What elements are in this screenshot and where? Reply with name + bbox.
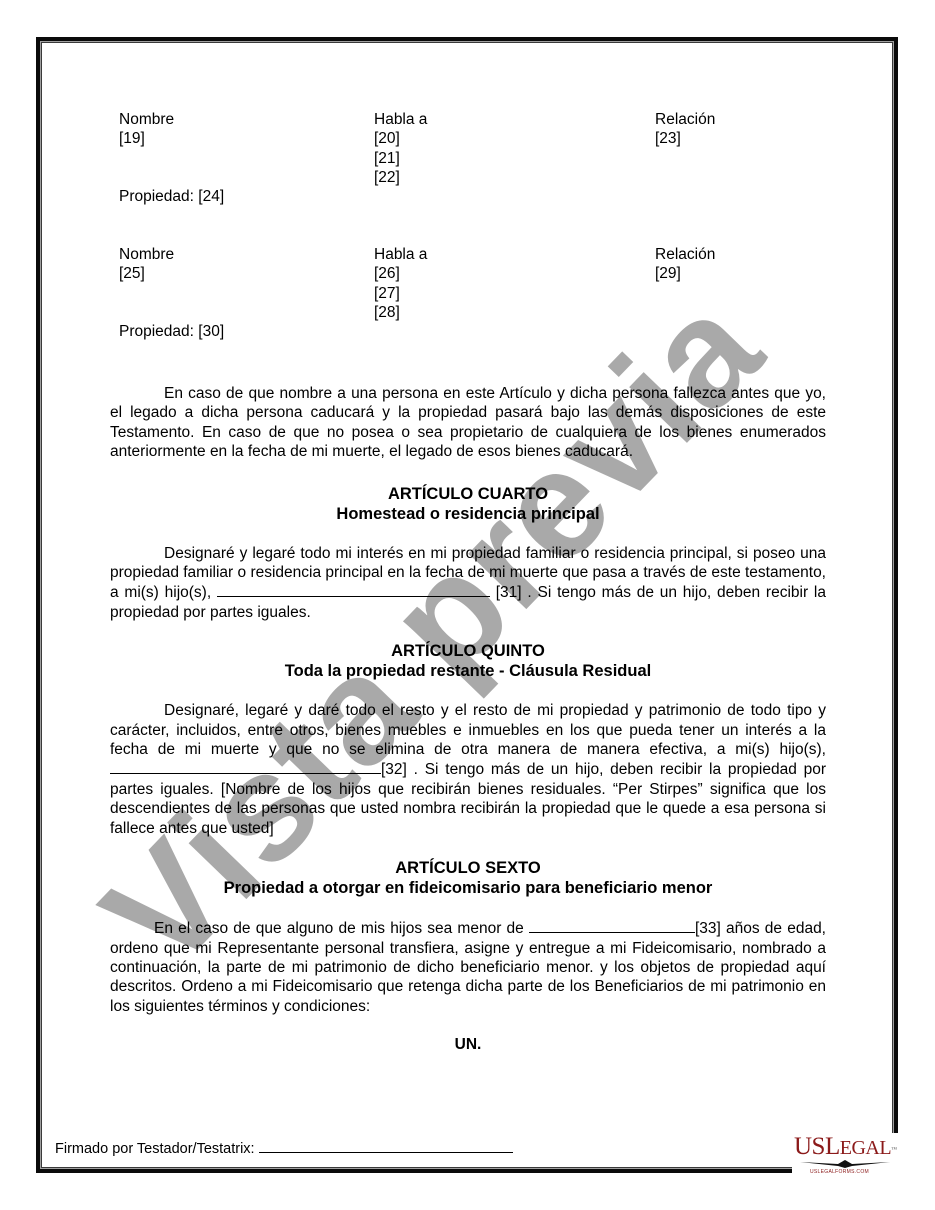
beneficiary-block-1: Nombre [19] Habla a [20] [21] [22] Relac… xyxy=(110,110,826,208)
field-marker: [31] xyxy=(496,584,522,601)
relation-value: [29] xyxy=(655,264,715,283)
relation-column: Relación [29] xyxy=(655,245,715,284)
speaks-value: [21] xyxy=(374,149,427,168)
speaks-column: Habla a [20] [21] [22] xyxy=(374,110,427,188)
article-quinto-subtitle: Toda la propiedad restante - Cláusula Re… xyxy=(110,661,826,681)
property-line: Propiedad: [30] xyxy=(119,322,224,341)
fill-in-blank-32[interactable] xyxy=(110,759,381,774)
speaks-header: Habla a xyxy=(374,110,427,129)
relation-header: Relación xyxy=(655,245,715,264)
speaks-column: Habla a [26] [27] [28] xyxy=(374,245,427,323)
article-sexto-paragraph: En el caso de que alguno de mis hijos se… xyxy=(110,918,826,1016)
paragraph-text: Designaré, legaré y daré todo el resto y… xyxy=(110,702,826,758)
relation-value: [23] xyxy=(655,129,715,148)
logo-url: USLEGALFORMS.COM xyxy=(810,1169,869,1175)
speaks-header: Habla a xyxy=(374,245,427,264)
signature-area: Firmado por Testador/Testatrix: xyxy=(55,1139,513,1157)
fill-in-blank-33[interactable] xyxy=(529,918,695,933)
article-quinto-paragraph: Designaré, legaré y daré todo el resto y… xyxy=(110,701,826,838)
speaks-value: [22] xyxy=(374,168,427,187)
trademark-symbol: ™ xyxy=(891,1147,896,1153)
name-header: Nombre xyxy=(119,245,174,264)
property-line: Propiedad: [24] xyxy=(119,187,224,206)
name-column: Nombre [19] xyxy=(119,110,174,149)
logo-us: US xyxy=(794,1133,825,1160)
article-quinto-title: ARTÍCULO QUINTO xyxy=(110,641,826,661)
logo-egal: EGAL xyxy=(840,1137,891,1159)
lapse-paragraph: En caso de que nombre a una persona en e… xyxy=(110,384,826,462)
eagle-wings-icon xyxy=(800,1160,890,1168)
logo-wordmark: USLEGAL™ xyxy=(794,1133,896,1162)
article-cuarto-title: ARTÍCULO CUARTO xyxy=(110,484,826,504)
uslegal-logo: USLEGAL™ USLEGALFORMS.COM xyxy=(792,1133,904,1177)
field-marker: [33] xyxy=(695,920,721,937)
speaks-value: [27] xyxy=(374,284,427,303)
relation-header: Relación xyxy=(655,110,715,129)
article-sexto-title: ARTÍCULO SEXTO xyxy=(110,858,826,878)
signature-line[interactable] xyxy=(259,1139,513,1153)
paragraph-text: En el caso de que alguno de mis hijos se… xyxy=(154,920,529,937)
name-header: Nombre xyxy=(119,110,174,129)
field-marker: [32] xyxy=(381,761,407,778)
logo-l: L xyxy=(825,1133,840,1160)
signature-label: Firmado por Testador/Testatrix: xyxy=(55,1141,255,1157)
name-value: [25] xyxy=(119,264,174,283)
speaks-value: [26] xyxy=(374,264,427,283)
relation-column: Relación [23] xyxy=(655,110,715,149)
beneficiary-block-2: Nombre [25] Habla a [26] [27] [28] Relac… xyxy=(110,245,826,343)
speaks-value: [20] xyxy=(374,129,427,148)
article-cuarto-subtitle: Homestead o residencia principal xyxy=(110,504,826,524)
speaks-value: [28] xyxy=(374,303,427,322)
fill-in-blank-31[interactable] xyxy=(217,582,490,597)
name-column: Nombre [25] xyxy=(119,245,174,284)
sub-item-heading: UN. xyxy=(110,1035,826,1054)
article-sexto-subtitle: Propiedad a otorgar en fideicomisario pa… xyxy=(110,878,826,898)
article-cuarto-paragraph: Designaré y legaré todo mi interés en mi… xyxy=(110,544,826,623)
document-body: Nombre [19] Habla a [20] [21] [22] Relac… xyxy=(110,110,826,1055)
name-value: [19] xyxy=(119,129,174,148)
